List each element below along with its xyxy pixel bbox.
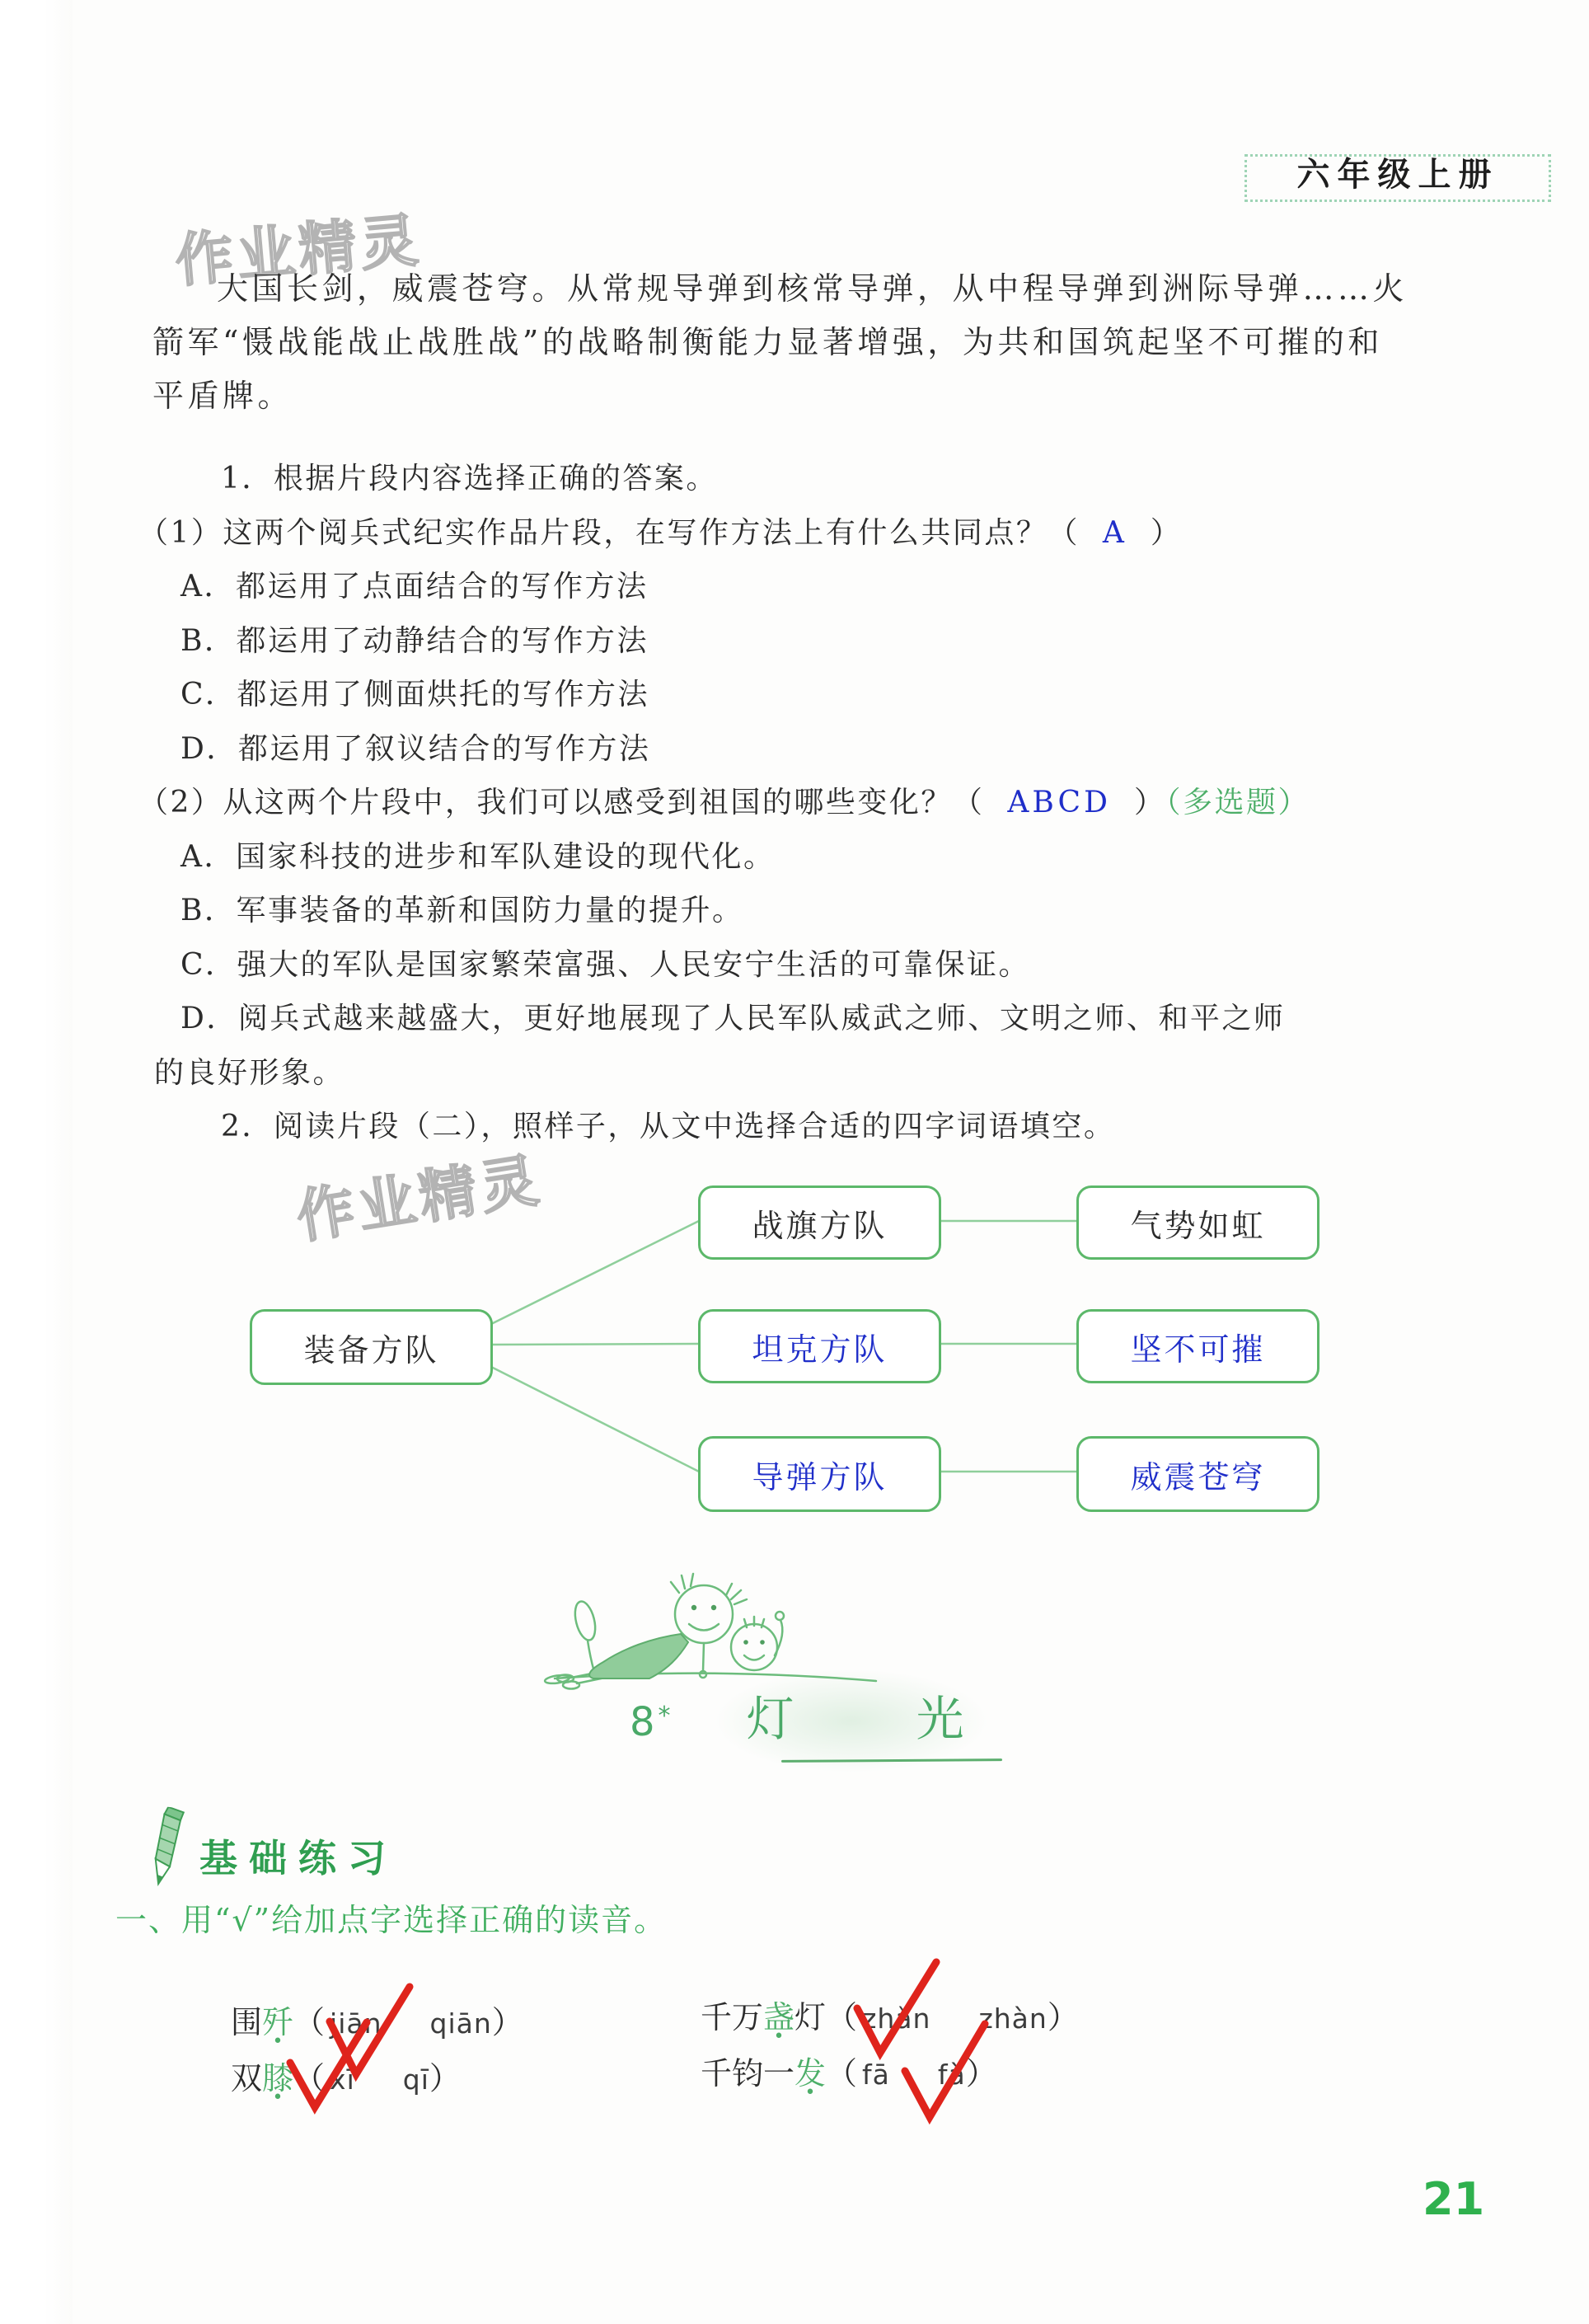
intro-paragraph: 大国长剑，威震苍穹。从常规导弹到核常导弹，从中程导弹到洲际导弹……火 箭军“慑战…	[152, 262, 1475, 423]
pencil-icon	[146, 1805, 190, 1890]
workbook-page: 六年级上册 作业精灵 作业精灵 大国长剑，威震苍穹。从常规导弹到核常导弹，从中程…	[0, 0, 1589, 2324]
intro-line-1: 大国长剑，威震苍穹。从常规导弹到核常导弹，从中程导弹到洲际导弹……火	[152, 262, 1475, 316]
check-marks-overlay	[0, 1921, 1589, 2168]
diagram-box-phrase-2: 坚不可摧	[1076, 1309, 1319, 1383]
diagram-box-squad-2: 坦克方队	[698, 1309, 941, 1383]
grade-badge: 六年级上册	[1244, 154, 1551, 202]
lesson-title-char-1: 灯	[747, 1691, 794, 1747]
lesson-title-char-2: 光	[916, 1691, 964, 1747]
q1-sub2-multiselect-tag: （多选题）	[1165, 786, 1310, 819]
intro-line-3: 平盾牌。	[152, 369, 1475, 423]
q1-sub2-line: （2）从这两个片段中，我们可以感受到祖国的哪些变化？（ABCD）（多选题）	[138, 776, 1490, 830]
q1-sub2-option-d-continued: 的良好形象。	[138, 1046, 1490, 1101]
girl-dress-shape	[589, 1634, 688, 1678]
diagram-box-squad-3: 导弹方队	[698, 1436, 941, 1512]
check-mark-fa	[905, 2024, 985, 2117]
q1-sub2-option-c: C．强大的军队是国家繁荣富强、人民安宁生活的可靠保证。	[138, 938, 1490, 993]
q1-sub2-prompt: （2）从这两个片段中，我们可以感受到祖国的哪些变化？（	[138, 786, 984, 819]
question-1-stem: 1．根据片段内容选择正确的答案。	[138, 452, 1490, 506]
q1-sub1-option-d: D．都运用了叙议结合的写作方法	[138, 722, 1490, 777]
q1-sub2-option-d: D．阅兵式越来越盛大，更好地展现了人民军队威武之师、文明之师、和平之师	[138, 992, 1490, 1046]
q1-sub2-answer: ABCD	[1007, 786, 1111, 819]
check-mark-zhan	[857, 1962, 936, 2053]
lesson-number: 8	[630, 1699, 655, 1745]
q1-sub2-option-b: B．军事装备的革新和国防力量的提升。	[138, 884, 1490, 938]
q1-sub2-close-paren: ）	[1134, 786, 1166, 819]
page-number: 21	[1423, 2173, 1484, 2225]
lesson-title: 8*灯光	[630, 1680, 964, 1749]
q1-sub1-option-b: B．都运用了动静结合的写作方法	[138, 614, 1490, 669]
q1-sub1-close-paren: ）	[1151, 516, 1183, 550]
diagram-box-phrase-3: 威震苍穹	[1076, 1436, 1319, 1512]
intro-line-2: 箭军“慑战能战止战胜战”的战略制衡能力显著增强，为共和国筑起坚不可摧的和	[152, 316, 1475, 369]
basics-section-title: 基础练习	[199, 1829, 397, 1883]
diagram-box-root: 装备方队	[250, 1309, 493, 1385]
q1-sub1-option-a: A．都运用了点面结合的写作方法	[138, 560, 1490, 614]
question-2-stem: 2．阅读片段（二），照样子，从文中选择合适的四字词语填空。	[138, 1100, 1490, 1154]
grade-badge-label: 六年级上册	[1297, 148, 1499, 195]
q1-sub1-answer: A	[1103, 516, 1127, 550]
q1-sub2-option-a: A．国家科技的进步和军队建设的现代化。	[138, 830, 1490, 885]
lesson-star: *	[659, 1702, 671, 1730]
q1-sub1-line: （1）这两个阅兵式纪实作品片段，在写作方法上有什么共同点？（A）	[138, 506, 1490, 561]
q1-sub1-prompt: （1）这两个阅兵式纪实作品片段，在写作方法上有什么共同点？（	[138, 516, 1080, 550]
diagram-box-squad-1: 战旗方队	[698, 1185, 941, 1260]
diagram-box-phrase-1: 气势如虹	[1076, 1185, 1319, 1260]
question-block: 1．根据片段内容选择正确的答案。 （1）这两个阅兵式纪实作品片段，在写作方法上有…	[138, 452, 1490, 1154]
word-fill-diagram: 装备方队 战旗方队 坦克方队 导弹方队 气势如虹 坚不可摧 威震苍穹	[0, 1171, 1589, 1533]
q1-sub1-option-c: C．都运用了侧面烘托的写作方法	[138, 668, 1490, 722]
